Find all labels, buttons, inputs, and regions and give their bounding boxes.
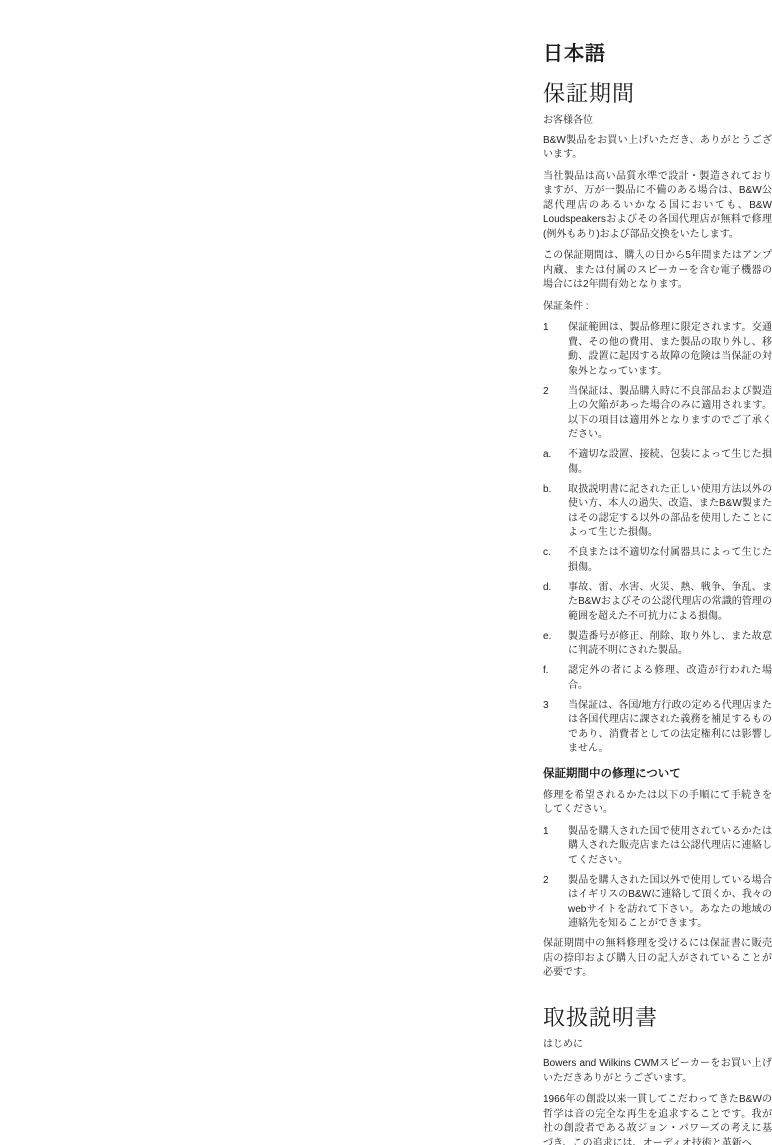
- list-item-text: 保証範囲は、製品修理に限定されます。交通費、その他の費用、また製品の取り外し、移…: [568, 321, 772, 379]
- salutation: お客様各位: [543, 114, 772, 129]
- list-item-text: 不適切な設置、接続、包装によって生じた損傷。: [568, 448, 772, 477]
- warranty-intro-paragraph: この保証期間は、購入の日から5年間またはアンプ内蔵、または付属のスピーカーを含む…: [543, 249, 772, 293]
- list-item-text: 当保証は、製品購入時に不良部品および製造上の欠陥があった場合のみに適用されます。…: [568, 385, 772, 443]
- warranty-intro-paragraph: 当社製品は高い品質水準で設計・製造されておりますが、万が一製品に不備のある場合は…: [543, 170, 772, 243]
- list-marker: 2: [543, 874, 568, 932]
- repair-heading: 保証期間中の修理について: [543, 767, 772, 781]
- manual-heading: 取扱説明書: [543, 1006, 772, 1030]
- list-item-text: 製品を購入された国で使用されているかたは購入された販売店または公認代理店に連絡し…: [568, 825, 772, 869]
- warranty-intro-paragraph: B&W製品をお買い上げいただき、ありがとうございます。: [543, 134, 772, 163]
- condition-item: a. 不適切な設置、接続、包装によって生じた損傷。: [543, 448, 772, 477]
- list-item-text: 当保証は、各国/地方行政の定める代理店または各国代理店に課された義務を補足するも…: [568, 699, 772, 757]
- list-marker: c.: [543, 546, 568, 575]
- condition-item: c. 不良または不適切な付属器具によって生じた損傷。: [543, 546, 772, 575]
- repair-intro: 修理を希望されるかたは以下の手順にて手続きをしてください。: [543, 789, 772, 818]
- condition-item: f. 認定外の者による修理、改造が行われた場合。: [543, 664, 772, 693]
- repair-closing: 保証期間中の無料修理を受けるには保証書に販売店の捺印および購入日の記入がされてい…: [543, 937, 772, 981]
- list-item-text: 認定外の者による修理、改造が行われた場合。: [568, 664, 772, 693]
- condition-item: 2 当保証は、製品購入時に不良部品および製造上の欠陥があった場合のみに適用されま…: [543, 385, 772, 443]
- list-marker: 1: [543, 321, 568, 379]
- condition-item: 1 保証範囲は、製品修理に限定されます。交通費、その他の費用、また製品の取り外し…: [543, 321, 772, 379]
- list-marker: e.: [543, 630, 568, 659]
- list-marker: 1: [543, 825, 568, 869]
- list-marker: 2: [543, 385, 568, 443]
- language-title: 日本語: [543, 43, 772, 65]
- condition-item: e. 製造番号が修正、削除、取り外し、また故意に判読不明にされた製品。: [543, 630, 772, 659]
- list-item-text: 製品を購入された国以外で使用している場合はイギリスのB&Wに連絡して頂くか、我々…: [568, 874, 772, 932]
- condition-item: b. 取扱説明書に記された正しい使用方法以外の使い方、本人の過失、改造、またB&…: [543, 483, 772, 541]
- document-page: { "page": { "colors": { "text": "#1c1c1c…: [0, 0, 772, 1145]
- list-item-text: 製造番号が修正、削除、取り外し、また故意に判読不明にされた製品。: [568, 630, 772, 659]
- repair-step: 1 製品を購入された国で使用されているかたは購入された販売店または公認代理店に連…: [543, 825, 772, 869]
- condition-item: d. 事故、雷、水害、火災、熱、戦争、争乱、またB&Wおよびその公認代理店の常識…: [543, 581, 772, 625]
- list-marker: b.: [543, 483, 568, 541]
- text-column: 日本語 保証期間 お客様各位 B&W製品をお買い上げいただき、ありがとうございま…: [543, 43, 772, 1145]
- manual-subheading: はじめに: [543, 1038, 772, 1053]
- conditions-label: 保証条件 :: [543, 300, 772, 315]
- list-marker: a.: [543, 448, 568, 477]
- list-item-text: 不良または不適切な付属器具によって生じた損傷。: [568, 546, 772, 575]
- warranty-heading: 保証期間: [543, 82, 772, 106]
- list-marker: d.: [543, 581, 568, 625]
- list-item-text: 事故、雷、水害、火災、熱、戦争、争乱、またB&Wおよびその公認代理店の常識的管理…: [568, 581, 772, 625]
- list-marker: 3: [543, 699, 568, 757]
- manual-paragraph: 1966年の創設以来一貫してこだわってきたB&Wの哲学は音の完全な再生を追求する…: [543, 1093, 772, 1145]
- list-item-text: 取扱説明書に記された正しい使用方法以外の使い方、本人の過失、改造、またB&W製ま…: [568, 483, 772, 541]
- repair-step: 2 製品を購入された国以外で使用している場合はイギリスのB&Wに連絡して頂くか、…: [543, 874, 772, 932]
- condition-item: 3 当保証は、各国/地方行政の定める代理店または各国代理店に課された義務を補足す…: [543, 699, 772, 757]
- manual-paragraph: Bowers and Wilkins CWMスピーカーをお買い上げいただきありが…: [543, 1057, 772, 1086]
- list-marker: f.: [543, 664, 568, 693]
